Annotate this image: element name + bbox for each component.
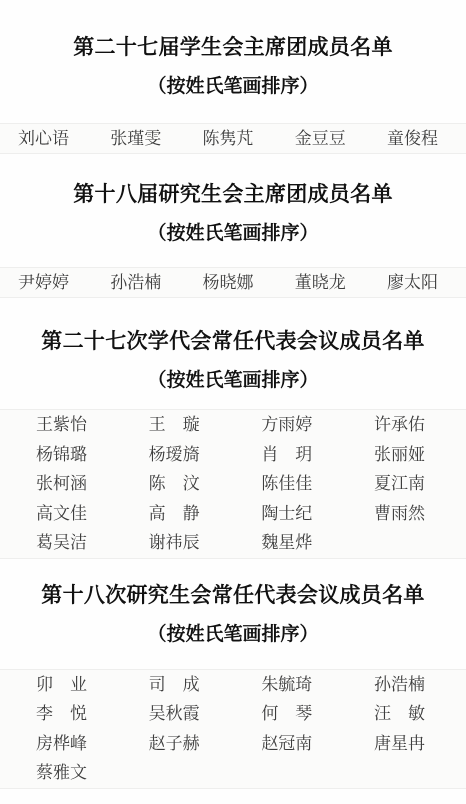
- member-name: 陶士纪: [261, 499, 312, 529]
- section-title-student-congress-reps: 第二十七次学代会常任代表会议成员名单: [0, 326, 466, 356]
- member-name: 葛吴洁: [36, 528, 87, 558]
- member-name: 高文佳: [36, 499, 87, 529]
- member-name: 尹婷婷: [18, 268, 69, 297]
- member-name: 许承佑: [374, 410, 425, 440]
- member-name: 曹雨然: [374, 499, 425, 529]
- member-name: 张柯涵: [36, 469, 87, 499]
- member-name: 杨晓娜: [203, 268, 254, 297]
- member-name: 赵冠南: [261, 729, 312, 759]
- member-name: 陈 汶: [149, 469, 200, 499]
- member-name: 陈隽芃: [203, 124, 254, 153]
- member-name: 朱毓琦: [261, 670, 312, 700]
- section-subtitle-sort-note: （按姓氏笔画排序）: [0, 73, 466, 101]
- member-name: 方雨婷: [261, 410, 312, 440]
- member-name: 司 成: [149, 670, 200, 700]
- member-name: 赵子赫: [149, 729, 200, 759]
- name-list-student-union-presidium: 刘心语 张瑾雯 陈隽芃 金豆豆 童俊程: [0, 123, 466, 154]
- member-name: 吴秋霞: [149, 699, 200, 729]
- member-name: 董晓龙: [295, 268, 346, 297]
- member-name: 刘心语: [18, 124, 69, 153]
- member-name: 童俊程: [387, 124, 438, 153]
- section-title-grad-congress-reps: 第十八次研究生会常任代表会议成员名单: [0, 580, 466, 610]
- name-grid-grad-congress-reps: 卯 业 司 成 朱毓琦 孙浩楠 李 悦 吴秋霞 何 琴 汪 敏 房桦峰 赵子赫 …: [0, 669, 466, 789]
- member-name: 房桦峰: [36, 729, 87, 759]
- member-name: 孙浩楠: [374, 670, 425, 700]
- member-name: 夏江南: [374, 469, 425, 499]
- member-name: 汪 敏: [374, 699, 425, 729]
- member-name: 杨瑷旖: [149, 440, 200, 470]
- member-name: 王 璇: [149, 410, 200, 440]
- member-name: 谢祎辰: [149, 528, 200, 558]
- section-subtitle-sort-note: （按姓氏笔画排序）: [0, 621, 466, 649]
- member-name: 杨锦璐: [36, 440, 87, 470]
- member-name: 魏星烨: [261, 528, 312, 558]
- member-name: 卯 业: [36, 670, 87, 700]
- member-name: 蔡雅文: [36, 758, 87, 788]
- member-name: 唐星冉: [374, 729, 425, 759]
- name-list-grad-union-presidium: 尹婷婷 孙浩楠 杨晓娜 董晓龙 廖太阳: [0, 267, 466, 298]
- member-name: 李 悦: [36, 699, 87, 729]
- member-name: 张瑾雯: [110, 124, 161, 153]
- name-grid-student-congress-reps: 王紫怡 王 璇 方雨婷 许承佑 杨锦璐 杨瑷旖 肖 玥 张丽娅 张柯涵 陈 汶 …: [0, 409, 466, 559]
- member-name: 孙浩楠: [110, 268, 161, 297]
- member-name: 高 静: [149, 499, 200, 529]
- member-name: 张丽娅: [374, 440, 425, 470]
- member-name: 肖 玥: [261, 440, 312, 470]
- member-name: 金豆豆: [295, 124, 346, 153]
- member-name: 王紫怡: [36, 410, 87, 440]
- section-subtitle-sort-note: （按姓氏笔画排序）: [0, 220, 466, 248]
- section-subtitle-sort-note: （按姓氏笔画排序）: [0, 367, 466, 395]
- section-title-grad-union-presidium: 第十八届研究生会主席团成员名单: [0, 179, 466, 209]
- member-name: 何 琴: [261, 699, 312, 729]
- section-title-student-union-presidium: 第二十七届学生会主席团成员名单: [0, 32, 466, 62]
- document: 第二十七届学生会主席团成员名单 （按姓氏笔画排序） 刘心语 张瑾雯 陈隽芃 金豆…: [0, 0, 466, 804]
- member-name: 陈佳佳: [261, 469, 312, 499]
- member-name: 廖太阳: [387, 268, 438, 297]
